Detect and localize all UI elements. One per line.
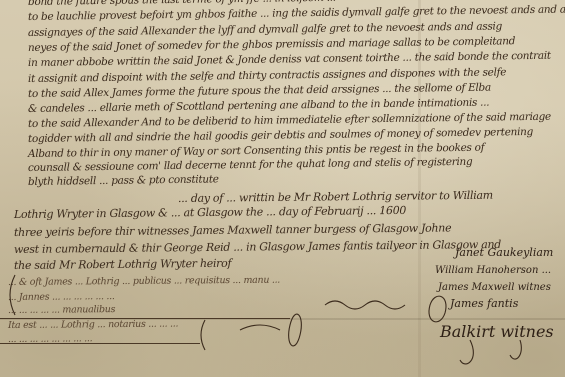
signature-flourishes-icon [0, 0, 565, 377]
manuscript-photo: bond the future spous the last terme of … [0, 0, 565, 377]
